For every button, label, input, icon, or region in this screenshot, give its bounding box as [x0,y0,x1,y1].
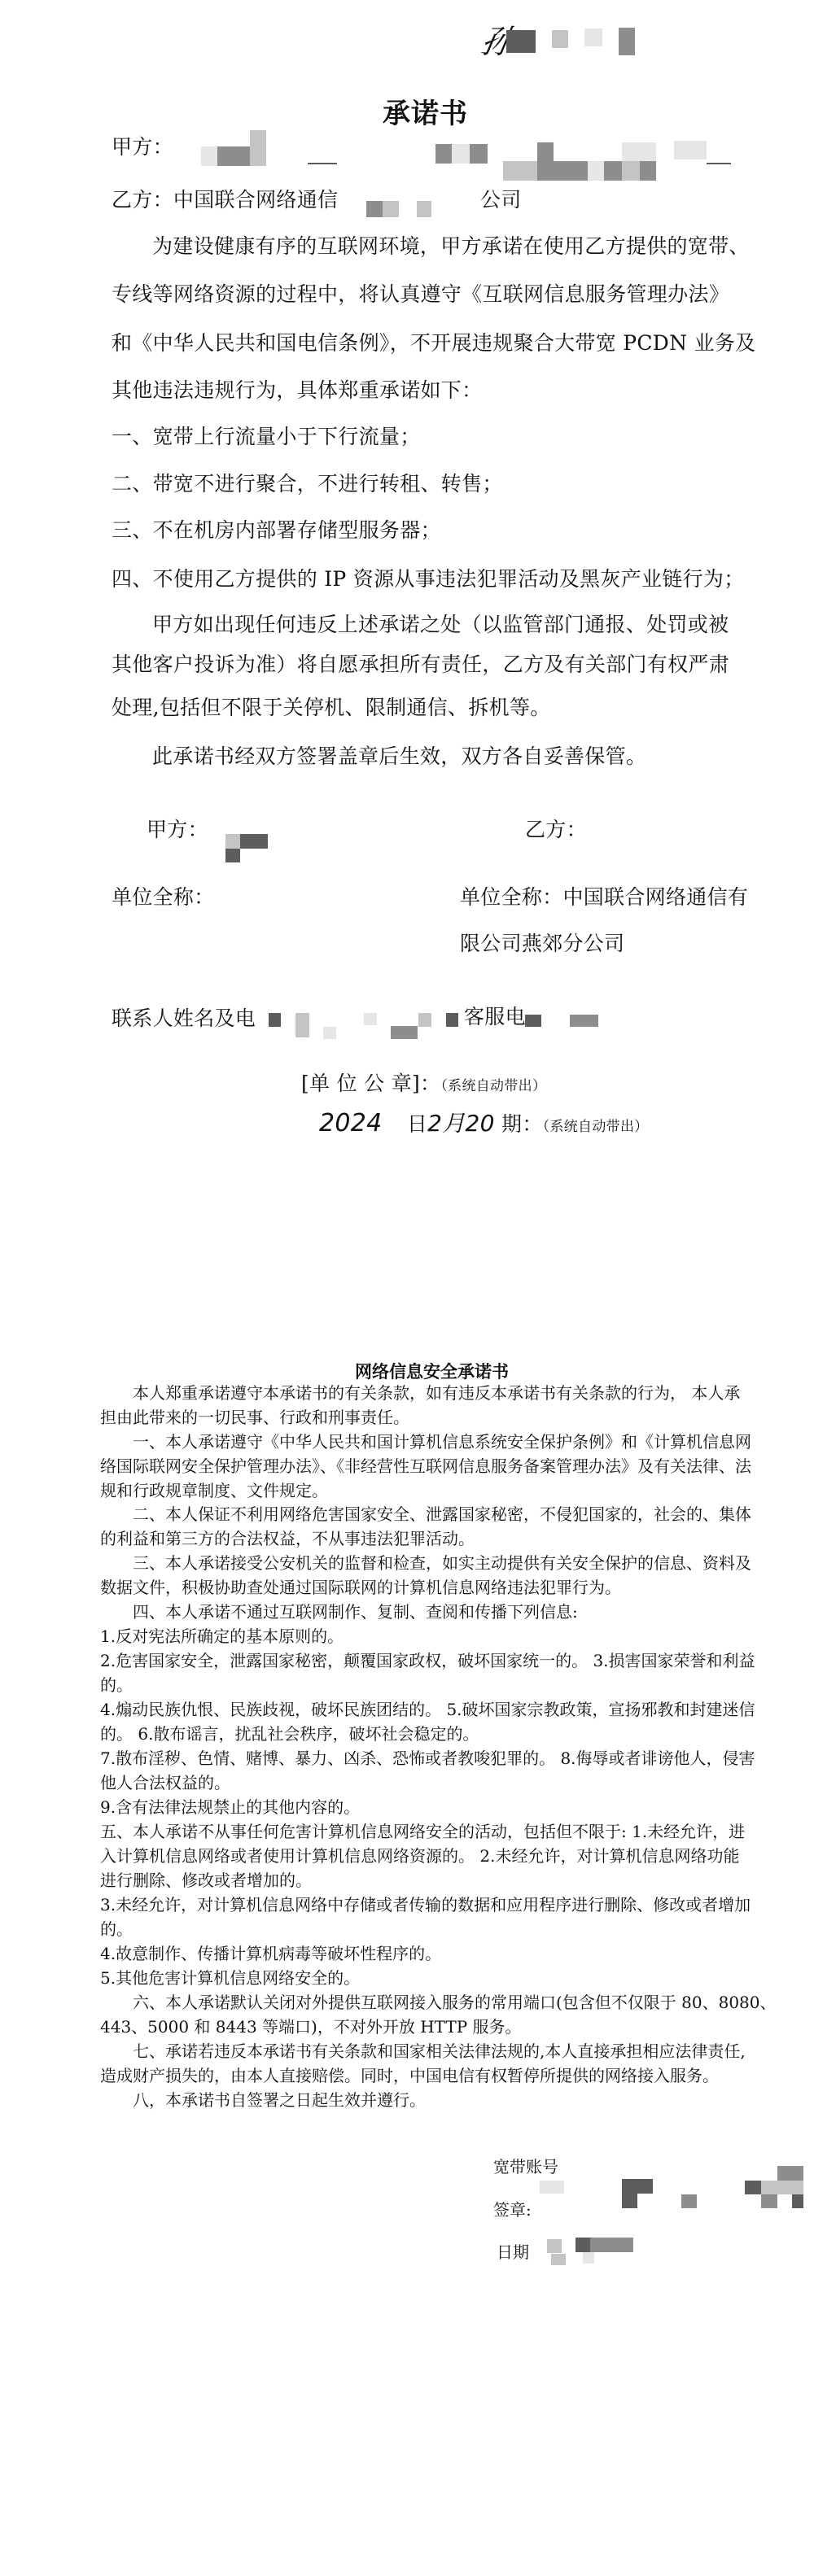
security-commitment-line: 他人合法权益的。 [100,1772,230,1793]
liability-line: 处理,包括但不限于关停机、限制通信、拆机等。 [112,696,551,720]
redaction-block [435,144,452,164]
redaction-block [446,1013,458,1027]
security-commitment-line: 5.其他危害计算机信息网络安全的。 [100,1967,360,1989]
security-commitment-line: 数据文件，积极协助查处通过国际联网的计算机信息网络违法犯罪行为。 [100,1577,621,1598]
redaction-block [506,30,536,53]
redaction-block [364,1013,377,1025]
security-commitment-line: 进行删除、修改或者增加的。 [100,1870,312,1891]
security-commitment-line: 4.故意制作、传播计算机病毒等破坏性程序的。 [100,1943,441,1964]
redaction-block [570,1015,598,1027]
redaction-block [525,1015,541,1027]
security-commitment-line: 入计算机信息网络或者使用计算机信息网络资源的。 2.未经允许，对计算机信息网络功… [100,1845,739,1867]
redaction-block [622,2179,653,2194]
security-commitment-line: 9.含有法律法规禁止的其他内容的。 [100,1797,360,1818]
redaction-block [584,28,602,46]
redaction-block [681,2194,697,2208]
security-commitment-line: 一、本人承诺遵守《中华人民共和国计算机信息系统安全保护条例》和《计算机信息网 [133,1431,751,1452]
security-commitment-line: 3.未经允许，对计算机信息网络中存储或者传输的数据和应用程序进行删除、修改或者增… [100,1894,751,1915]
commitment-item: 一、宽带上行流量小于下行流量； [112,425,421,449]
redaction-block [323,1027,336,1039]
security-commitment-line: 1.反对宪法所确定的基本原则的。 [100,1626,344,1647]
date-line: 2024 日2月20 期：（系统自动带出） [319,1111,649,1139]
redaction-block [295,1013,309,1037]
security-commitment-line: 2.危害国家安全，泄露国家秘密，颠覆国家政权，破坏国家统一的。 3.损害国家荣誉… [100,1650,755,1671]
redaction-block [575,2238,590,2252]
intro-line: 其他违法违规行为，具体郑重承诺如下： [112,378,482,403]
redaction-block [622,161,640,181]
redaction-block [792,2194,803,2208]
redaction-block [761,2194,777,2208]
service-phone-label: 客服电 [464,1005,526,1029]
liability-line: 甲方如出现任何违反上述承诺之处（以监管部门通报、处罚或被 [152,613,729,637]
redaction-block [503,161,537,181]
seal-note: （系统自动带出） [440,1078,546,1094]
security-commitment-line: 4.煽动民族仇恨、民族歧视，破坏民族团结的。 5.破坏国家宗教政策，宣扬邪教和封… [100,1699,755,1720]
redaction-block [590,2238,633,2252]
party-b-label: 乙方： [112,188,173,212]
page-title: 承诺书 [383,91,468,131]
effective-clause: 此承诺书经双方签署盖章后生效，双方各自妥善保管。 [152,744,646,769]
sign-party-b-label: 乙方： [525,818,587,842]
redaction-block [417,201,431,217]
redaction-block [383,201,399,217]
date-note: （系统自动带出） [543,1119,649,1135]
party-b-line: 乙方：中国联合网络通信 [112,188,338,212]
redaction-block [391,1026,418,1039]
security-commitment-line: 二、本人保证不利用网络危害国家安全、泄露国家秘密，不侵犯国家的，社会的、集体 [133,1504,751,1525]
commitment-item: 三、不在机房内部署存储型服务器； [112,518,441,543]
redaction-block [470,144,488,164]
security-commitment-line: 三、本人承诺接受公安机关的监督和检查，如实主动提供有关安全保护的信息、资料及 [133,1552,751,1574]
redaction-block [777,2166,803,2181]
security-commitment-line: 络国际联网安全保护管理办法》、《非经营性互联网信息服务备案管理办法》及有关法律、… [100,1456,751,1477]
unit-name-b-line2: 限公司燕郊分公司 [460,932,624,956]
seal-label-security: 签章: [493,2199,532,2220]
sign-party-a-label: 甲方： [147,818,208,842]
date-label-qi: 期： [501,1112,543,1136]
redaction-block [201,146,217,166]
redaction-block [366,201,383,217]
redaction-block [619,28,635,55]
seal-line: [单 位 公 章]：（系统自动带出） [301,1072,546,1098]
redaction-block [588,161,604,181]
redaction-block [674,141,707,159]
redaction-block [761,2181,803,2194]
commitment-item: 四、不使用乙方提供的 IP 资源从事违法犯罪活动及黑灰产业链行为； [112,567,745,592]
handwritten-month: 2月 [427,1110,465,1137]
date-label-security: 日期 [497,2242,529,2263]
security-commitment-line: 六、本人承诺默认关闭对外提供互联网接入服务的常用端口(包含但不仅限于 80、80… [133,1992,777,2013]
intro-line: 和《中华人民共和国电信条例》，不开展违规聚合大带宽 PCDN 业务及 [112,331,755,356]
security-commitment-line: 八，本承诺书自签署之日起生效并遵行。 [133,2089,426,2111]
redaction-block [604,161,622,181]
security-commitment-line: 的。 [100,1674,133,1696]
unit-name-label-a: 单位全称： [112,885,215,910]
redaction-block [583,2252,594,2264]
redaction-block [225,834,240,849]
party-b-name-suffix: 公司 [480,188,522,212]
underline-mark [707,163,731,164]
underline-mark [308,163,337,164]
security-commitment-line: 担由此带来的一切民事、行政和刑事责任。 [100,1407,409,1428]
redaction-block [217,146,250,166]
redaction-block [551,2254,566,2265]
redaction-block [622,142,656,161]
seal-label: [单 位 公 章]： [301,1072,440,1095]
redaction-block [547,2239,562,2253]
security-commitment-line: 七、承诺若违反本承诺书有关条款和国家相关法律法规的,本人直接承担相应法律责任, [133,2041,746,2062]
unit-name-b-line1: 单位全称：中国联合网络通信有 [460,885,748,910]
security-commitment-line: 四、本人承诺不通过互联网制作、复制、查阅和传播下列信息: [133,1601,578,1622]
handwritten-day: 20 [466,1110,495,1137]
redaction-block [554,161,588,181]
redaction-block [537,142,554,181]
security-commitment-line: 的利益和第三方的合法权益，不从事违法犯罪活动。 [100,1528,475,1549]
security-commitment-line: 的。 [100,1919,133,1940]
security-commitment-line: 的。 6.散布谣言，扰乱社会秩序，破坏社会稳定的。 [100,1723,479,1744]
party-a-label: 甲方： [112,135,173,159]
date-label-ri: 日 [407,1112,427,1136]
security-commitment-line: 7.散布淫秽、色情、赌博、暴力、凶杀、恐怖或者教唆犯罪的。 8.侮辱或者诽谤他人… [100,1748,755,1769]
party-b-name-prefix: 中国联合网络通信 [173,188,338,212]
redaction-block [540,2181,564,2194]
redaction-block [552,30,568,48]
handwritten-year: 2024 [319,1109,383,1137]
contact-label: 联系人姓名及电 [112,1006,256,1031]
redaction-block [452,144,470,164]
security-commitment-line: 五、本人承诺不从事任何危害计算机信息网络安全的活动，包括但不限于: 1.未经允许… [100,1821,745,1842]
security-commitment-line: 规和行政规章制度、文件规定。 [100,1480,328,1501]
redaction-block [250,130,266,166]
account-label: 宽带账号 [493,2156,558,2177]
redaction-block [640,161,656,181]
redaction-block [240,834,268,849]
redaction-block [225,849,240,862]
intro-line: 为建设健康有序的互联网环境，甲方承诺在使用乙方提供的宽带、 [152,234,750,259]
redaction-block [418,1013,431,1027]
page-title-security: 网络信息安全承诺书 [355,1359,509,1383]
security-commitment-line: 造成财产损失的，由本人直接赔偿。同时，中国电信有权暂停所提供的网络接入服务。 [100,2065,719,2086]
redaction-block [622,2194,637,2208]
intro-line: 专线等网络资源的过程中，将认真遵守《互联网信息服务管理办法》 [112,282,729,307]
redaction-block [745,2181,761,2194]
redaction-block [269,1013,281,1027]
security-commitment-line: 443、5000 和 8443 等端口)，不对外开放 HTTP 服务。 [100,2016,522,2037]
liability-line: 其他客户投诉为准）将自愿承担所有责任，乙方及有关部门有权严肃 [112,653,729,677]
commitment-item: 二、带宽不进行聚合，不进行转租、转售； [112,472,503,496]
security-commitment-line: 本人郑重承诺遵守本承诺书的有关条款，如有违反本承诺书有关条款的行为， 本人承 [133,1382,740,1404]
